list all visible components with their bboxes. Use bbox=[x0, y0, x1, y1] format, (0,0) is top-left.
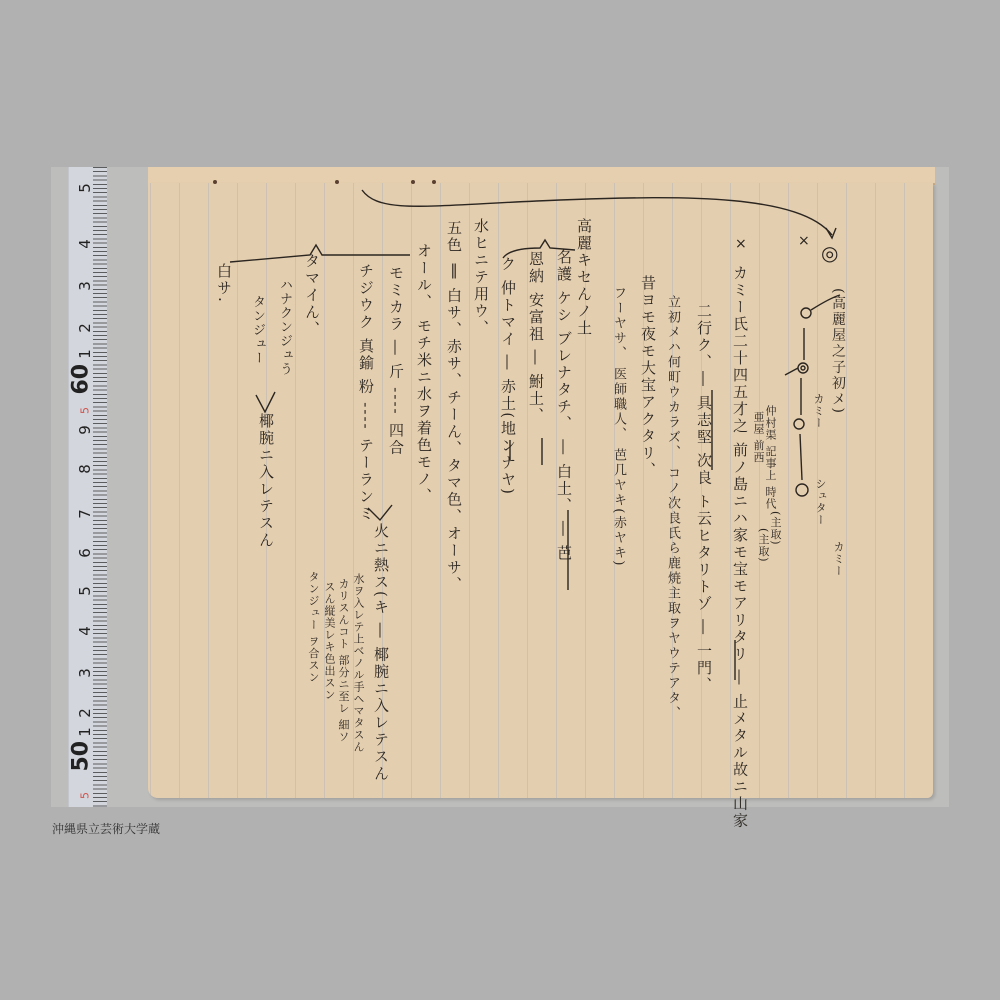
ruler-label: 3 bbox=[76, 663, 94, 683]
text-column: カミー氏二十四五才之 前ノ島ニハ家モ宝モアリタリ ― 止メタル故ニ山家 bbox=[732, 265, 747, 829]
text-column: 高麗キセんノ土 bbox=[576, 218, 591, 337]
text-column: 白サ. bbox=[216, 263, 231, 304]
text-column: 火ニ熱ス(キ ― 椰腕ニ入レテスん bbox=[373, 523, 388, 782]
ruler-label: 6 bbox=[76, 543, 94, 563]
ruler-label: 8 bbox=[76, 459, 94, 479]
notebook-page: × × ◎ (高麗屋之子初メ) カミー シュター カミー 仲村渠 記事上 時代 … bbox=[148, 183, 933, 798]
double-circle-icon: ◎ bbox=[821, 241, 838, 265]
measurement-ruler: 5 4 3 2 1 60 5 9 8 7 6 5 4 3 2 1 50 5 bbox=[68, 167, 107, 807]
genealogy-name: カミー bbox=[813, 393, 824, 429]
ruler-label: 60 bbox=[69, 375, 94, 395]
text-column: 椰腕ニ入レテスん bbox=[258, 413, 273, 549]
ruler-label: 50 bbox=[69, 752, 94, 772]
text-column: ハナクンジュう bbox=[278, 278, 291, 376]
ruler-label: 2 bbox=[76, 318, 94, 338]
ruler-label: 2 bbox=[76, 703, 94, 723]
text-column: 二行ク、― 具志堅 次良 ト云ヒタリトゾ ― 一門、 bbox=[696, 303, 711, 694]
text-column: タンジュー bbox=[251, 295, 264, 365]
role-note: (主取) bbox=[758, 528, 769, 563]
ruler-label: 1 bbox=[76, 344, 94, 364]
ruler-label: 5 bbox=[76, 581, 94, 601]
text-column: チジウク 真鍮 粉 ---- テーランミ bbox=[358, 263, 373, 522]
text-column: 五色 ‖ 白サ、赤サ、チーん、タマ色、オーサ、 bbox=[446, 220, 461, 594]
ruler-label: 1 bbox=[76, 722, 94, 742]
cross-mark: × bbox=[798, 233, 810, 249]
ruler-label: 4 bbox=[76, 621, 94, 641]
text-column: 立初メハ何町ウカラズ、 コノ次良氏ら鹿焼主取ヲヤウテアタ、 bbox=[666, 295, 679, 721]
text-column: オール、 モチ米ニ水ヲ着色モノ、 bbox=[416, 243, 431, 505]
ruler-label: 5 bbox=[76, 178, 94, 198]
side-note: 仲村渠 記事上 時代 bbox=[765, 405, 776, 510]
ruler-label: 5 bbox=[79, 401, 92, 421]
text-column: 昔ヨモ夜モ大宝アクタリ、 bbox=[640, 275, 655, 479]
text-column: カリスんコト 部分ニ至レ 細ソ bbox=[338, 578, 349, 743]
text-column: 水ヒニテ用ウ、 bbox=[473, 218, 488, 337]
genealogy-bracket-label: (高麗屋之子初メ) bbox=[831, 288, 845, 415]
ruler-ticks bbox=[93, 167, 107, 807]
text-column: ク 仲トマイ ― 赤土(地ンナヤ) bbox=[500, 256, 515, 496]
text-column: 水ヲ入レテ上ベノル手ヘマタスん bbox=[353, 573, 364, 753]
collection-credit-caption: 沖縄県立芸術大学蔵 bbox=[52, 820, 160, 837]
text-column: タンジュー ヲ合スン bbox=[308, 571, 319, 684]
text-column: モミカラ ― 斤 ---- 四合 bbox=[388, 265, 403, 456]
text-column: 恩納 安富祖 ― 鮒土、 bbox=[528, 251, 543, 424]
ruler-label: 5 bbox=[79, 786, 92, 806]
role-note: (主取) bbox=[770, 511, 781, 546]
text-column: スん縦美レキ色出スン bbox=[324, 581, 335, 701]
cross-mark: × bbox=[735, 236, 747, 252]
ruler-label: 7 bbox=[76, 504, 94, 524]
side-note: 亜屋 前西 bbox=[753, 411, 764, 464]
text-column: フーヤサ、 医師職人、 芭几ヤキ(赤ヤキ) bbox=[612, 286, 625, 567]
ruler-label: 4 bbox=[76, 234, 94, 254]
genealogy-name: シュター bbox=[815, 478, 826, 526]
genealogy-name: カミー bbox=[833, 541, 844, 577]
ruler-label: 9 bbox=[76, 420, 94, 440]
text-column: タマイん、 bbox=[304, 253, 319, 338]
ruler-label: 3 bbox=[76, 276, 94, 296]
text-column: 名護 ケシ ブレナタチ、 ― 白土、 ― 芭 bbox=[556, 249, 571, 562]
